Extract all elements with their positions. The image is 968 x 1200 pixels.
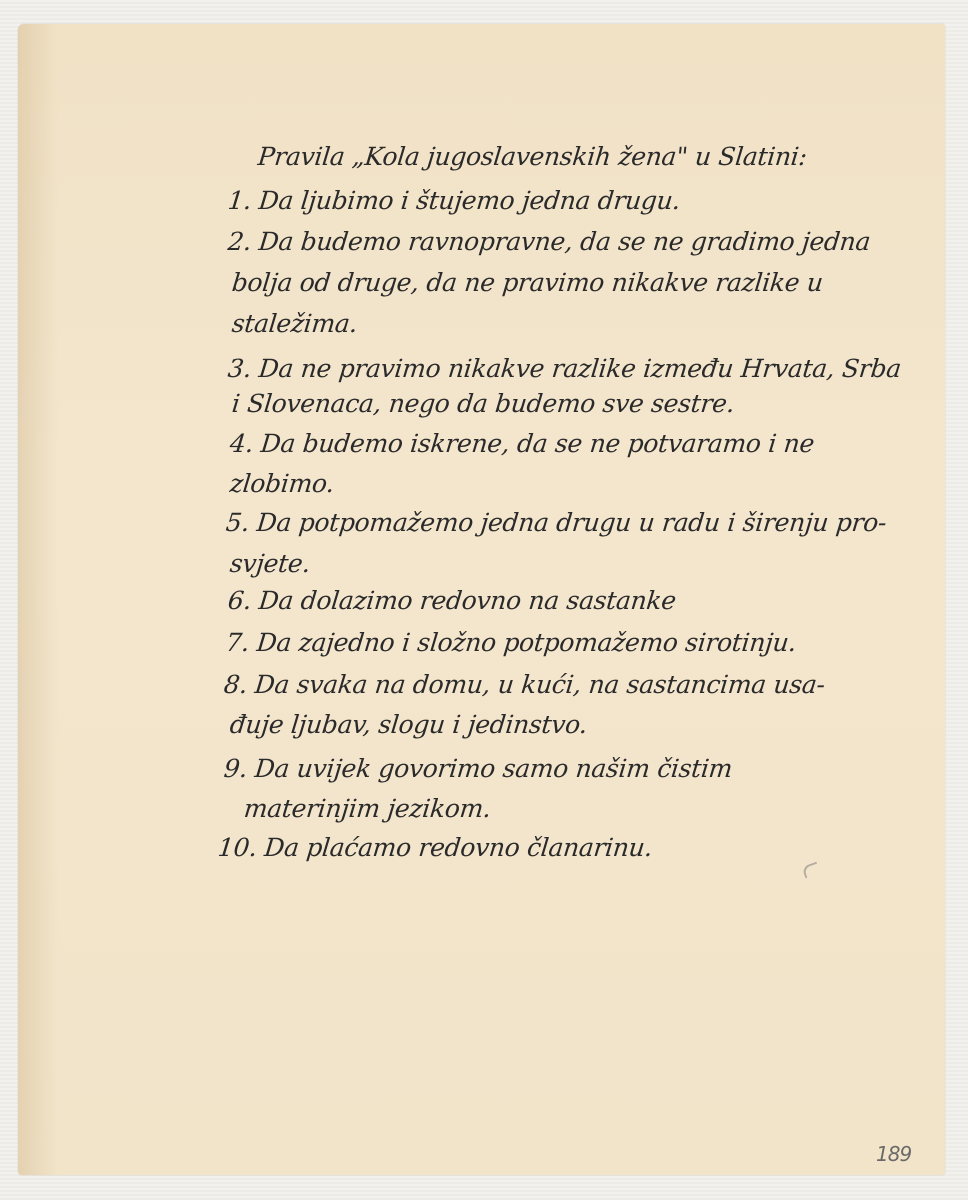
rule-line: staležima. [230,309,358,338]
document-page: Pravila „Kola jugoslavenskih žena" u Sla… [18,24,945,1175]
rule-line: materinjim jezikom. [242,794,492,823]
rule-line: 10. Da plaćamo redovno članarinu. [216,833,653,862]
rule-line: 8. Da svaka na domu, u kući, na sastanci… [222,670,826,699]
rule-line: 7. Da zajedno i složno potpomažemo sirot… [224,628,797,657]
document-title: Pravila „Kola jugoslavenskih žena" u Sla… [256,142,808,171]
rule-line: 4. Da budemo iskrene, da se ne potvaramo… [228,429,815,458]
rule-line: 9. Da uvijek govorimo samo našim čistim [222,754,733,783]
rule-line: đuje ljubav, slogu i jedinstvo. [228,710,588,739]
rule-line: i Slovenaca, nego da budemo sve sestre. [230,389,735,418]
handwritten-text: Pravila „Kola jugoslavenskih žena" u Sla… [18,24,945,1175]
rule-line: 5. Da potpomažemo jedna drugu u radu i š… [224,508,887,537]
rule-line: 1. Da ljubimo i štujemo jedna drugu. [226,186,681,215]
rule-line: bolja od druge, da ne pravimo nikakve ra… [230,268,824,297]
rule-line: 6. Da dolazimo redovno na sastanke [226,586,677,615]
rule-line: zlobimo. [228,469,335,498]
rule-line: 3. Da ne pravimo nikakve razlike između … [226,354,902,383]
rule-line: 2. Da budemo ravnopravne, da se ne gradi… [226,227,871,256]
rule-line: svjete. [228,549,311,578]
page-number: 189 [876,1142,911,1166]
